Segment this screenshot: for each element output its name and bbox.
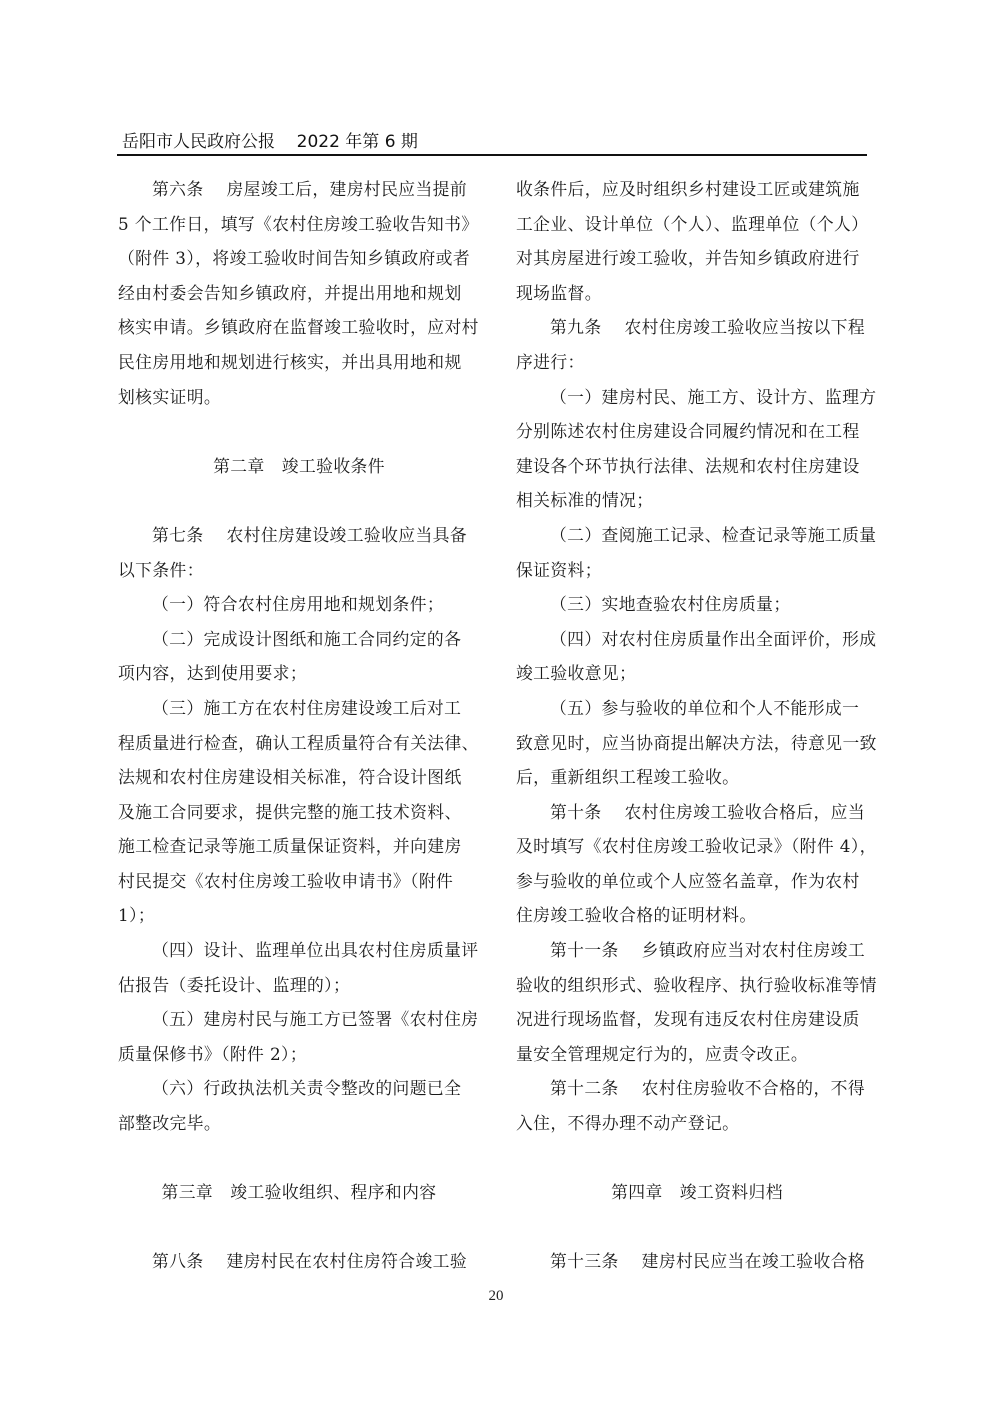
paragraph-line: 后，重新组织工程竣工验收。 — [516, 760, 878, 795]
paragraph-line: 核实申请。乡镇政府在监督竣工验收时，应对村 — [118, 310, 480, 345]
paragraph-line: 质量保修书》（附件 2）； — [118, 1037, 480, 1072]
paragraph-first-line: （六）行政执法机关责令整改的问题已全 — [118, 1071, 480, 1106]
paragraph-first-line: （二）完成设计图纸和施工合同约定的各 — [118, 622, 480, 657]
paragraph-first-line: （四）设计、监理单位出具农村住房质量评 — [118, 933, 480, 968]
gazette-title: 岳阳市人民政府公报 — [122, 132, 275, 152]
paragraph-gap — [516, 1210, 878, 1245]
paragraph-line: 现场监督。 — [516, 276, 878, 311]
chapter-heading: 第三章 竣工验收组织、程序和内容 — [118, 1175, 480, 1210]
paragraph-line: 建设各个环节执行法律、法规和农村住房建设 — [516, 449, 878, 484]
paragraph-line: 及施工合同要求，提供完整的施工技术资料、 — [118, 795, 480, 830]
paragraph-line: 项内容，达到使用要求； — [118, 656, 480, 691]
paragraph-line: 验收的组织形式、验收程序、执行验收标准等情 — [516, 968, 878, 1003]
paragraph-gap — [118, 483, 480, 518]
paragraph-line: 致意见时，应当协商提出解决方法，待意见一致 — [516, 726, 878, 761]
paragraph-gap — [516, 1141, 878, 1176]
paragraph-line: 住房竣工验收合格的证明材料。 — [516, 898, 878, 933]
paragraph-gap — [118, 1210, 480, 1245]
paragraph-first-line: 第十条 农村住房竣工验收合格后，应当 — [516, 795, 878, 830]
paragraph-line: 况进行现场监督，发现有违反农村住房建设质 — [516, 1002, 878, 1037]
paragraph-line: 序进行： — [516, 345, 878, 380]
paragraph-first-line: 第十二条 农村住房验收不合格的，不得 — [516, 1071, 878, 1106]
paragraph-first-line: （三）实地查验农村住房质量； — [516, 587, 878, 622]
right-column: 收条件后，应及时组织乡村建设工匠或建筑施工企业、设计单位（个人）、监理单位（个人… — [516, 172, 878, 1279]
paragraph-line: 5 个工作日，填写《农村住房竣工验收告知书》 — [118, 207, 480, 242]
paragraph-line: （附件 3），将竣工验收时间告知乡镇政府或者 — [118, 241, 480, 276]
paragraph-line: 部整改完毕。 — [118, 1106, 480, 1141]
header-rule — [117, 154, 867, 156]
paragraph-line: 竣工验收意见； — [516, 656, 878, 691]
paragraph-first-line: （五）参与验收的单位和个人不能形成一 — [516, 691, 878, 726]
paragraph-gap — [118, 414, 480, 449]
paragraph-line: 划核实证明。 — [118, 380, 480, 415]
paragraph-line: 经由村委会告知乡镇政府，并提出用地和规划 — [118, 276, 480, 311]
paragraph-line: 施工检查记录等施工质量保证资料，并向建房 — [118, 829, 480, 864]
paragraph-first-line: （四）对农村住房质量作出全面评价，形成 — [516, 622, 878, 657]
paragraph-line: 相关标准的情况； — [516, 483, 878, 518]
gazette-issue: 2022 年第 6 期 — [297, 132, 418, 152]
chapter-heading: 第四章 竣工资料归档 — [516, 1175, 878, 1210]
paragraph-first-line: 第九条 农村住房竣工验收应当按以下程 — [516, 310, 878, 345]
paragraph-line: 收条件后，应及时组织乡村建设工匠或建筑施 — [516, 172, 878, 207]
paragraph-first-line: （五）建房村民与施工方已签署《农村住房 — [118, 1002, 480, 1037]
paragraph-line: 程质量进行检查，确认工程质量符合有关法律、 — [118, 726, 480, 761]
paragraph-line: 工企业、设计单位（个人）、监理单位（个人） — [516, 207, 878, 242]
header-spacer — [275, 132, 297, 152]
paragraph-line: 分别陈述农村住房建设合同履约情况和在工程 — [516, 414, 878, 449]
paragraph-first-line: 第十一条 乡镇政府应当对农村住房竣工 — [516, 933, 878, 968]
paragraph-line: 对其房屋进行竣工验收，并告知乡镇政府进行 — [516, 241, 878, 276]
paragraph-line: 及时填写《农村住房竣工验收记录》（附件 4）， — [516, 829, 878, 864]
paragraph-gap — [118, 1141, 480, 1176]
paragraph-first-line: 第六条 房屋竣工后，建房村民应当提前 — [118, 172, 480, 207]
paragraph-line: 法规和农村住房建设相关标准，符合设计图纸 — [118, 760, 480, 795]
paragraph-line: 保证资料； — [516, 553, 878, 588]
paragraph-first-line: （一）建房村民、施工方、设计方、监理方 — [516, 380, 878, 415]
gazette-header: 岳阳市人民政府公报 2022 年第 6 期 — [122, 127, 418, 152]
paragraph-line: 民住房用地和规划进行核实，并出具用地和规 — [118, 345, 480, 380]
paragraph-line: 估报告（委托设计、监理的）； — [118, 968, 480, 1003]
page-number: 20 — [0, 1288, 992, 1305]
paragraph-first-line: 第十三条 建房村民应当在竣工验收合格 — [516, 1244, 878, 1279]
paragraph-first-line: 第七条 农村住房建设竣工验收应当具备 — [118, 518, 480, 553]
paragraph-line: 量安全管理规定行为的，应责令改正。 — [516, 1037, 878, 1072]
paragraph-first-line: （一）符合农村住房用地和规划条件； — [118, 587, 480, 622]
paragraph-first-line: （三）施工方在农村住房建设竣工后对工 — [118, 691, 480, 726]
paragraph-line: 村民提交《农村住房竣工验收申请书》（附件 — [118, 864, 480, 899]
paragraph-line: 入住，不得办理不动产登记。 — [516, 1106, 878, 1141]
paragraph-first-line: 第八条 建房村民在农村住房符合竣工验 — [118, 1244, 480, 1279]
chapter-heading: 第二章 竣工验收条件 — [118, 449, 480, 484]
paragraph-line: 参与验收的单位或个人应签名盖章，作为农村 — [516, 864, 878, 899]
paragraph-line: 1）； — [118, 898, 480, 933]
paragraph-first-line: （二）查阅施工记录、检查记录等施工质量 — [516, 518, 878, 553]
left-column: 第六条 房屋竣工后，建房村民应当提前5 个工作日，填写《农村住房竣工验收告知书》… — [118, 172, 480, 1279]
paragraph-line: 以下条件： — [118, 553, 480, 588]
